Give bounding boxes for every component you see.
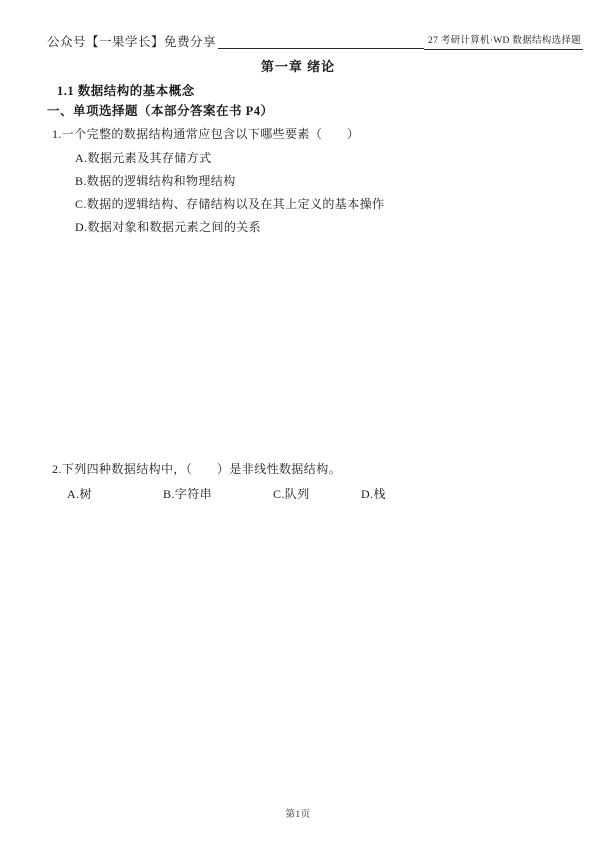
question-1: 1.一个完整的数据结构通常应包含以下哪些要素（ ） A.数据元素及其存储方式 B…	[52, 127, 576, 234]
chapter-title: 第一章 绪论	[0, 56, 596, 75]
question-1-option-a: A.数据元素及其存储方式	[75, 151, 576, 165]
question-1-option-d: D.数据对象和数据元素之间的关系	[75, 220, 576, 234]
document-page: 公众号【一果学长】免费分享 27 考研计算机·WD 数据结构选择题 第一章 绪论…	[0, 0, 596, 842]
header-right-text: 27 考研计算机·WD 数据结构选择题	[424, 35, 583, 50]
page-header: 公众号【一果学长】免费分享 27 考研计算机·WD 数据结构选择题	[47, 33, 583, 50]
question-2-options-row: A.树 B.字符串 C.队列 D.栈	[67, 487, 576, 501]
section-heading: 1.1 数据结构的基本概念	[57, 81, 195, 99]
question-1-option-b: B.数据的逻辑结构和物理结构	[75, 174, 576, 188]
question-2-option-d: D.栈	[361, 487, 386, 501]
question-2-option-c: C.队列	[273, 487, 358, 501]
page-footer: 第1页	[0, 804, 596, 822]
header-left-text: 公众号【一果学长】免费分享	[47, 34, 216, 50]
question-1-stem: 1.一个完整的数据结构通常应包含以下哪些要素（ ）	[52, 127, 576, 142]
subsection-heading: 一、单项选择题（本部分答案在书 P4）	[47, 101, 274, 119]
page-number: 第1页	[285, 810, 310, 820]
question-2-option-b: B.字符串	[163, 487, 270, 501]
question-2: 2.下列四种数据结构中，（ ）是非线性数据结构。 A.树 B.字符串 C.队列 …	[52, 462, 576, 501]
header-rule	[218, 47, 424, 49]
question-2-option-a: A.树	[67, 487, 160, 501]
question-2-stem: 2.下列四种数据结构中，（ ）是非线性数据结构。	[52, 462, 576, 477]
question-1-option-c: C.数据的逻辑结构、存储结构以及在其上定义的基本操作	[75, 197, 576, 211]
